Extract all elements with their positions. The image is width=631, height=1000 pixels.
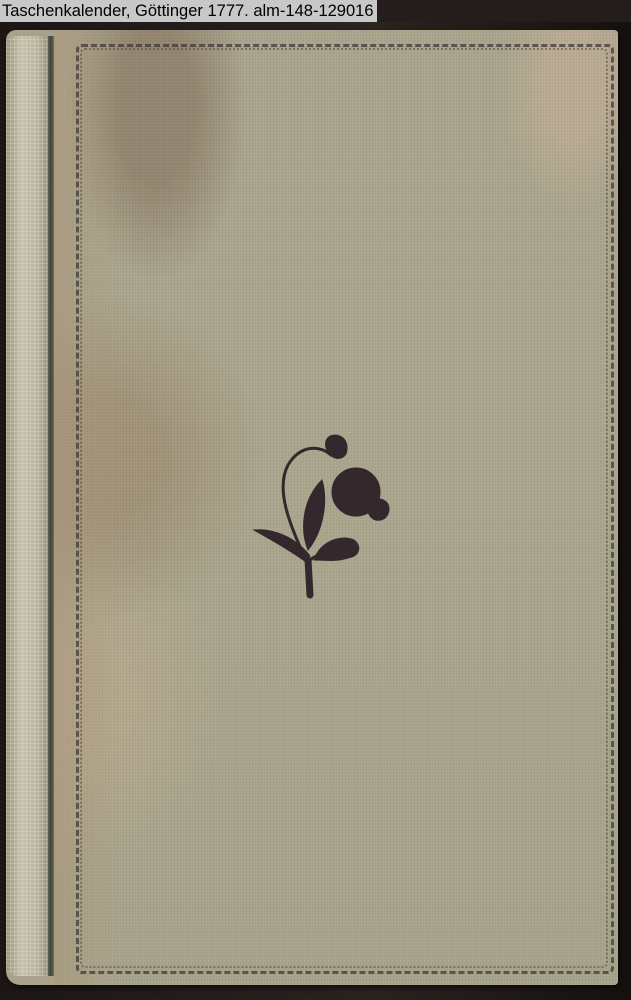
book-spine [6,36,50,976]
image-caption: Taschenkalender, Göttinger 1777. alm-148… [0,0,377,22]
flower-motif-icon [250,430,395,600]
book [6,30,618,985]
